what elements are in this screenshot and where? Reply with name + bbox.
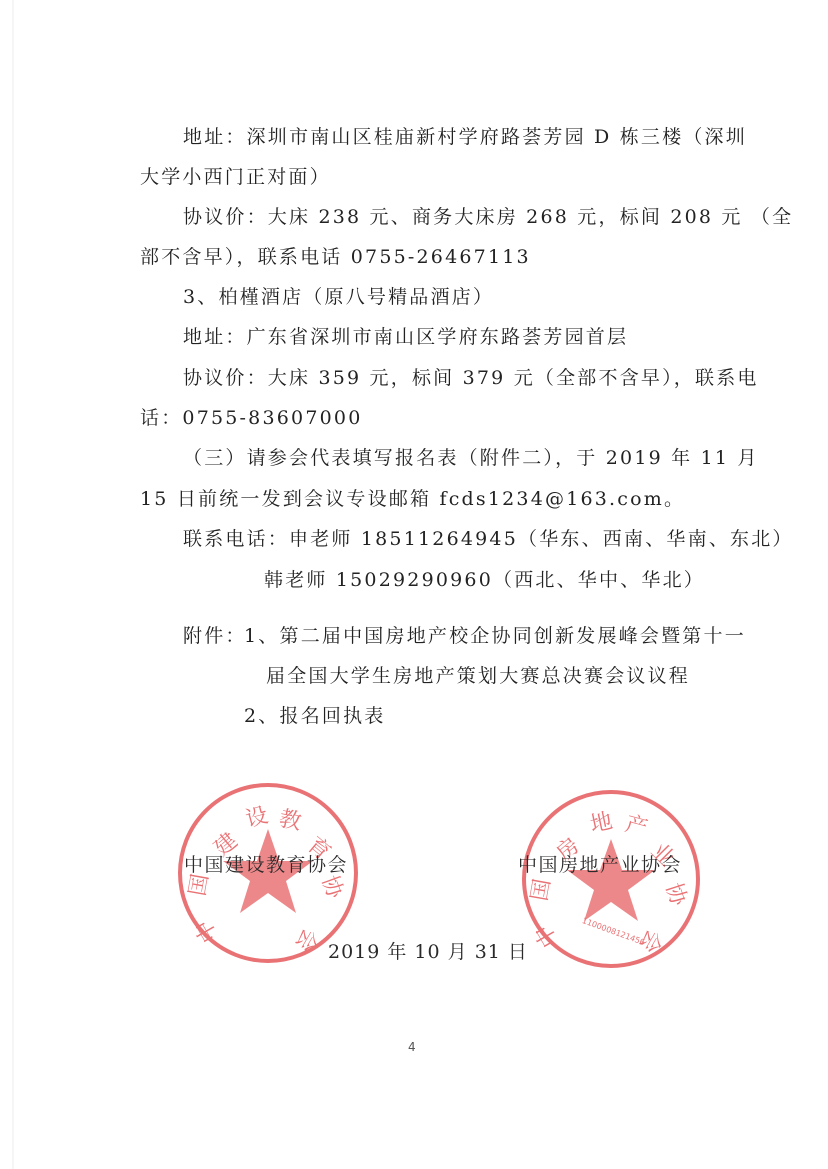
contact-line2: 韩老师 15029290960（西北、华中、华北） (264, 568, 705, 592)
page-number: 4 (408, 1040, 416, 1054)
svg-text:1100008121456: 1100008121456 (581, 916, 646, 947)
hotel3-price-line2: 话：0755-83607000 (140, 406, 362, 430)
hotel2-price-line2: 部不含早），联系电话 0755-26467113 (140, 245, 531, 269)
attachments-label: 附件： (183, 624, 247, 648)
svg-text:中: 中 (191, 915, 224, 947)
svg-text:会: 会 (290, 924, 323, 956)
registration-line1: （三）请参会代表填写报名表（附件二），于 2019 年 11 月 (183, 446, 759, 470)
hotel3-price-line1: 协议价：大床 359 元，标间 379 元（全部不含早），联系电 (183, 366, 759, 390)
attachment-item2: 2、报名回执表 (244, 704, 386, 728)
registration-line2: 15 日前统一发到会议专设邮箱 fcds1234@163.com。 (140, 487, 685, 511)
right-organization-name: 中国房地产业协会 (518, 853, 682, 877)
svg-text:设: 设 (243, 803, 271, 833)
svg-text:国: 国 (527, 877, 555, 903)
attachment-item1-line2: 届全国大学生房地产策划大赛总决赛会议议程 (266, 664, 690, 688)
svg-text:产: 产 (622, 812, 650, 842)
svg-text:教: 教 (277, 806, 304, 835)
left-organization-name: 中国建设教育协会 (184, 853, 348, 877)
hotel2-address-line2: 大学小西门正对面） (140, 165, 331, 189)
hotel2-address-line1: 地址：深圳市南山区桂庙新村学府路荟芳园 D 栋三楼（深圳 (183, 125, 747, 149)
hotel3-name: 3、柏槿酒店（原八号精品酒店） (183, 285, 494, 309)
hotel3-address: 地址：广东省深圳市南山区学府东路荟芳园首层 (183, 325, 628, 349)
svg-text:中: 中 (531, 920, 564, 952)
right-official-seal: 房 地 产 业 协 会 国 中 1100008121456 (522, 790, 700, 968)
svg-text:协: 协 (316, 873, 347, 903)
contact-line1: 联系电话：申老师 18511264945（华东、西南、华南、东北） (183, 527, 794, 551)
hotel2-price-line1: 协议价：大床 238 元、商务大床房 268 元，标间 208 元 （全 (183, 205, 793, 229)
attachment-item1-line1: 1、第二届中国房地产校企协同创新发展峰会暨第十一 (244, 624, 746, 648)
star-icon: 房 地 产 业 协 会 国 中 1100008121456 (526, 794, 696, 964)
scan-edge (12, 0, 14, 1169)
svg-text:协: 协 (660, 880, 691, 910)
svg-text:地: 地 (588, 809, 615, 838)
signing-date: 2019 年 10 月 31 日 (328, 940, 528, 964)
